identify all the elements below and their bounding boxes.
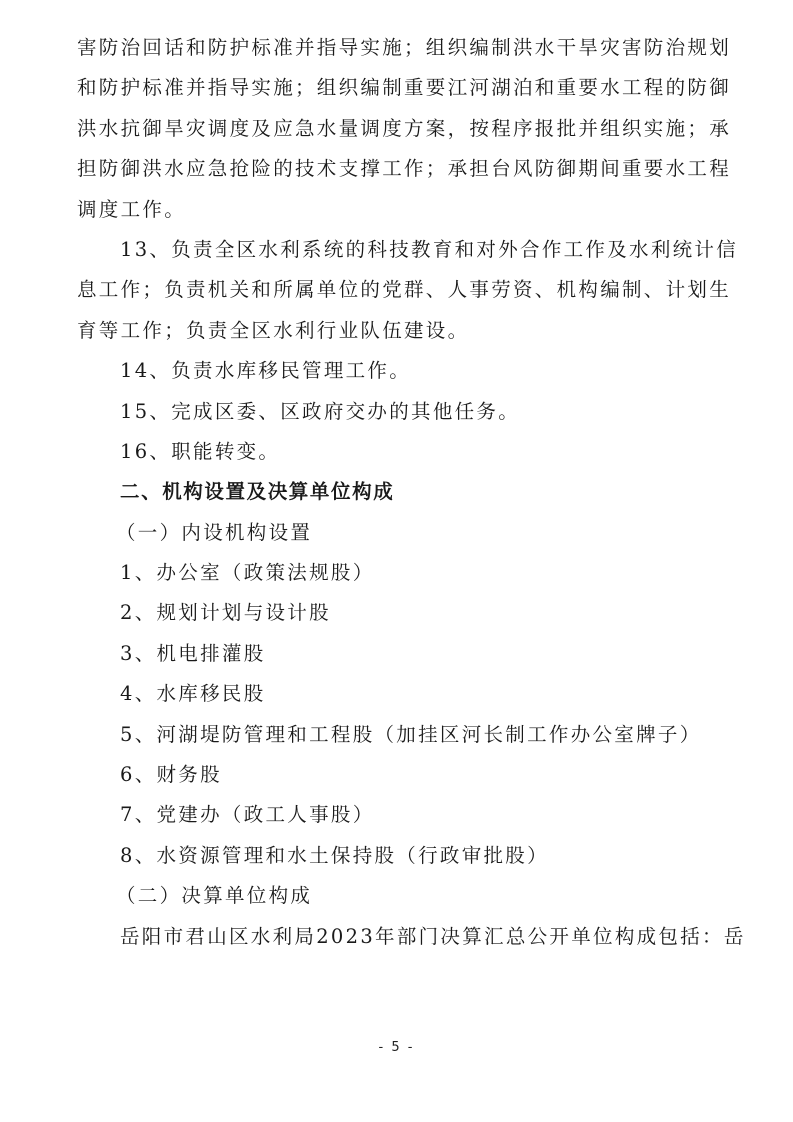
item-15-paragraph: 15、完成区委、区政府交办的其他任务。 (77, 392, 722, 432)
department-item: 5、河湖堤防管理和工程股（加挂区河长制工作办公室牌子） (77, 715, 722, 755)
section-2-heading: 二、机构设置及决算单位构成 (77, 472, 722, 512)
subsection-1-heading: （一）内设机构设置 (77, 513, 722, 553)
paragraph-line: 洪水抗御旱灾调度及应急水量调度方案，按程序报批并组织实施；承 (77, 109, 722, 149)
department-item: 6、财务股 (77, 755, 722, 795)
subsection-2-heading: （二）决算单位构成 (77, 876, 722, 916)
paragraph-line: 息工作；负责机关和所属单位的党群、人事劳资、机构编制、计划生 (77, 270, 722, 310)
item-16-paragraph: 16、职能转变。 (77, 432, 722, 472)
item-13-paragraph: 13、负责全区水利系统的科技教育和对外合作工作及水利统计信 息工作；负责机关和所… (77, 230, 722, 351)
department-item: 4、水库移民股 (77, 674, 722, 714)
continuation-paragraph: 害防治回话和防护标准并指导实施；组织编制洪水干旱灾害防治规划 和防护标准并指导实… (77, 28, 722, 230)
paragraph-line: 岳阳市君山区水利局2023年部门决算汇总公开单位构成包括：岳 (77, 917, 722, 957)
paragraph-line: 育等工作；负责全区水利行业队伍建设。 (77, 311, 722, 351)
budget-units-paragraph: 岳阳市君山区水利局2023年部门决算汇总公开单位构成包括：岳 (77, 917, 722, 957)
internal-departments-list: 1、办公室（政策法规股） 2、规划计划与设计股 3、机电排灌股 4、水库移民股 … (77, 553, 722, 876)
page-number: - 5 - (0, 1040, 793, 1055)
department-item: 7、党建办（政工人事股） (77, 795, 722, 835)
department-item: 2、规划计划与设计股 (77, 593, 722, 633)
department-item: 3、机电排灌股 (77, 634, 722, 674)
department-item: 1、办公室（政策法规股） (77, 553, 722, 593)
paragraph-line: 13、负责全区水利系统的科技教育和对外合作工作及水利统计信 (77, 230, 722, 270)
department-item: 8、水资源管理和水土保持股（行政审批股） (77, 836, 722, 876)
paragraph-line: 担防御洪水应急抢险的技术支撑工作；承担台风防御期间重要水工程 (77, 149, 722, 189)
document-page: 害防治回话和防护标准并指导实施；组织编制洪水干旱灾害防治规划 和防护标准并指导实… (77, 28, 722, 957)
item-14-paragraph: 14、负责水库移民管理工作。 (77, 351, 722, 391)
paragraph-line: 和防护标准并指导实施；组织编制重要江河湖泊和重要水工程的防御 (77, 68, 722, 108)
paragraph-line: 调度工作。 (77, 190, 722, 230)
paragraph-line: 害防治回话和防护标准并指导实施；组织编制洪水干旱灾害防治规划 (77, 28, 722, 68)
